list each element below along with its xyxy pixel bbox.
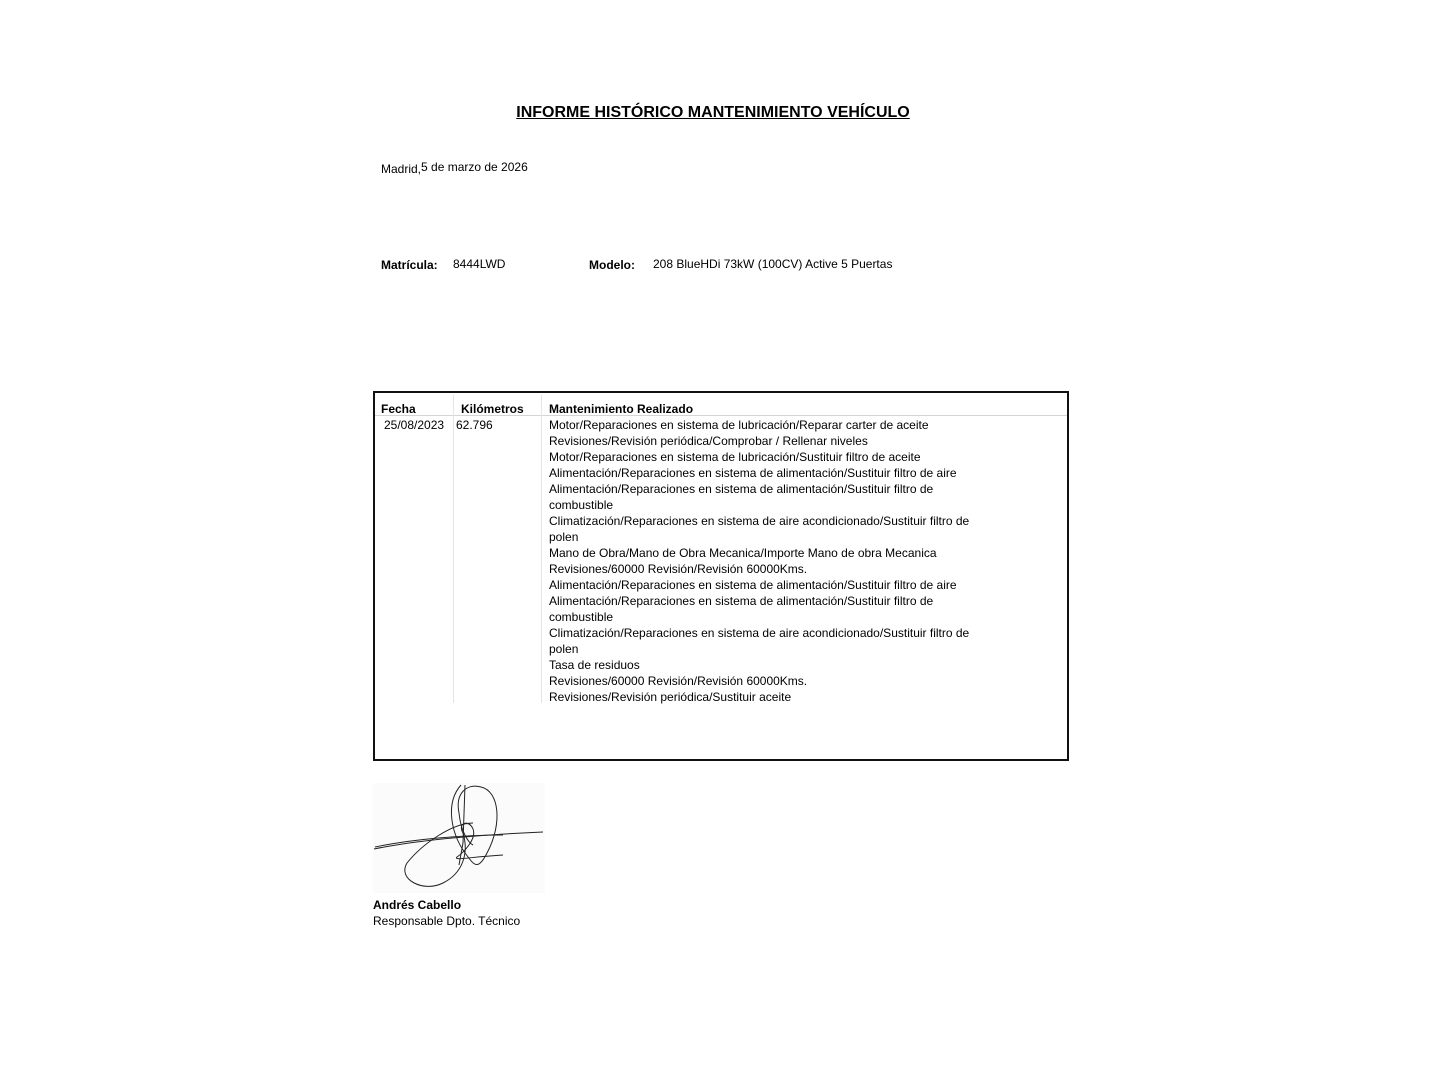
model-label: Modelo: [589, 258, 635, 272]
maintenance-task: Motor/Reparaciones en sistema de lubrica… [549, 449, 979, 465]
maintenance-task: Alimentación/Reparaciones en sistema de … [549, 577, 979, 593]
maintenance-task: Revisiones/60000 Revisión/Revisión 60000… [549, 561, 979, 577]
maintenance-task: Climatización/Reparaciones en sistema de… [549, 625, 979, 657]
maintenance-task: Climatización/Reparaciones en sistema de… [549, 513, 979, 545]
document-date: 5 de marzo de 2026 [421, 160, 528, 174]
document-title: INFORME HISTÓRICO MANTENIMIENTO VEHÍCULO [0, 104, 1426, 122]
maintenance-task-list: Motor/Reparaciones en sistema de lubrica… [549, 417, 979, 705]
maintenance-task: Motor/Reparaciones en sistema de lubrica… [549, 417, 979, 433]
plate-value: 8444LWD [453, 257, 505, 271]
maintenance-table: Fecha Kilómetros Mantenimiento Realizado… [373, 391, 1069, 761]
header-mantenimiento: Mantenimiento Realizado [549, 402, 693, 416]
column-divider [453, 395, 454, 703]
signer-role: Responsable Dpto. Técnico [373, 914, 520, 928]
header-kilometros: Kilómetros [461, 402, 524, 416]
maintenance-task: Revisiones/60000 Revisión/Revisión 60000… [549, 673, 979, 689]
maintenance-task: Mano de Obra/Mano de Obra Mecanica/Impor… [549, 545, 979, 561]
column-divider [541, 395, 542, 703]
maintenance-task: Alimentación/Reparaciones en sistema de … [549, 465, 979, 481]
maintenance-task: Revisiones/Revisión periódica/Comprobar … [549, 433, 979, 449]
maintenance-task: Tasa de residuos [549, 657, 979, 673]
city: Madrid, [381, 162, 421, 176]
header-fecha: Fecha [381, 402, 416, 416]
model-value: 208 BlueHDi 73kW (100CV) Active 5 Puerta… [653, 257, 892, 271]
row-km: 62.796 [456, 417, 493, 433]
signature-image [373, 783, 545, 893]
signer-name: Andrés Cabello [373, 898, 461, 912]
maintenance-task: Alimentación/Reparaciones en sistema de … [549, 593, 979, 625]
row-fecha: 25/08/2023 [384, 417, 444, 433]
maintenance-task: Alimentación/Reparaciones en sistema de … [549, 481, 979, 513]
maintenance-task: Revisiones/Revisión periódica/Sustituir … [549, 689, 979, 705]
date-line: Madrid,5 de marzo de 2026 [381, 160, 528, 174]
plate-label: Matrícula: [381, 258, 438, 272]
